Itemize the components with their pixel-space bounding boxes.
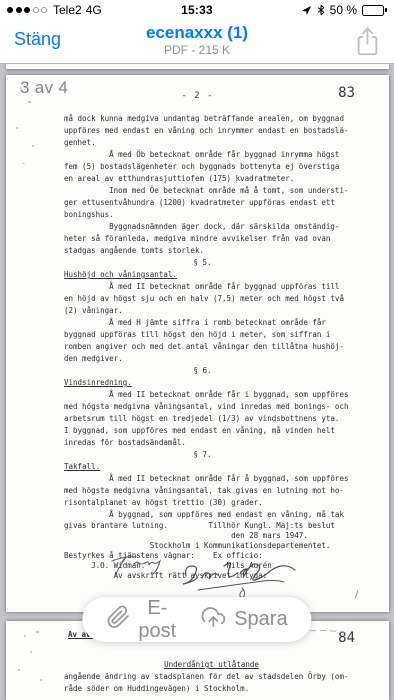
document-paragraph: § 7. xyxy=(64,449,369,461)
scan-artifact xyxy=(355,590,359,599)
document-subtitle: PDF - 215 K xyxy=(70,43,324,58)
pdf-preview-screen: Tele2 4G 15:33 50 % Stäng ecenaxxx (1) P… xyxy=(0,0,394,700)
clock: 15:33 xyxy=(181,3,213,17)
carrier-label: Tele2 xyxy=(53,3,82,17)
email-button-label: E-post xyxy=(138,597,176,643)
document-title: ecenaxxx (1) xyxy=(70,22,324,43)
document-paragraph: må dock kunna medgiva undantag beträffan… xyxy=(64,113,369,257)
battery-icon xyxy=(362,5,387,16)
action-toolbar: E-post Spara xyxy=(82,597,311,642)
bluetooth-icon xyxy=(317,4,325,16)
document-paragraph: Takfall. xyxy=(64,461,369,473)
document-paragraph: Å med II betecknat område får i byggnad,… xyxy=(64,389,369,449)
document-paragraph: Hushöjd och våningsantal. xyxy=(64,269,369,281)
share-button[interactable] xyxy=(354,26,381,60)
pdf-page-3: - 2 - 83 må dock kunna medgiva undantag … xyxy=(6,75,389,612)
signature-2 xyxy=(183,563,295,598)
paperclip-icon xyxy=(106,605,130,635)
cloud-upload-icon xyxy=(200,605,226,635)
document-paragraph: Å med II betecknat område får å byggnad,… xyxy=(64,473,369,521)
save-button[interactable]: Spara xyxy=(200,605,287,635)
document-paragraph: Underdånigt utlåtande xyxy=(64,659,369,671)
battery-percent-label: 50 % xyxy=(330,3,357,17)
document-text-block: Underdånigt utlåtandeangående ändring av… xyxy=(64,659,369,695)
previous-page-edge xyxy=(6,64,389,69)
page-indicator: 3 av 4 xyxy=(20,78,68,98)
status-right: 50 % xyxy=(213,3,387,17)
pdf-scroll-area[interactable]: - 2 - 83 må dock kunna medgiva undantag … xyxy=(0,64,394,700)
document-paragraph: § 6. xyxy=(64,365,369,377)
status-left: Tele2 4G xyxy=(7,3,181,17)
document-paragraph: § 5. xyxy=(64,257,369,269)
close-button[interactable]: Stäng xyxy=(14,29,61,50)
network-type-label: 4G xyxy=(86,3,102,17)
status-bar: Tele2 4G 15:33 50 % xyxy=(0,0,394,20)
save-button-label: Spara xyxy=(234,608,287,631)
document-text-block: må dock kunna medgiva undantag beträffan… xyxy=(64,113,369,581)
location-arrow-icon xyxy=(301,5,312,16)
share-icon xyxy=(354,45,381,60)
nav-title-group: ecenaxxx (1) PDF - 215 K xyxy=(70,22,324,58)
document-paragraph: Å med II betecknat område får byggnad up… xyxy=(64,281,369,365)
archive-page-number: 83 xyxy=(338,85,355,101)
document-paragraph: Vindsinredning. xyxy=(64,377,369,389)
signal-strength-icon xyxy=(7,7,47,13)
signature-1 xyxy=(112,557,160,576)
email-button[interactable]: E-post xyxy=(106,597,176,643)
nav-bar: Stäng ecenaxxx (1) PDF - 215 K xyxy=(0,20,394,64)
document-paragraph: angående ändring av stadsplanen för del … xyxy=(64,671,369,695)
